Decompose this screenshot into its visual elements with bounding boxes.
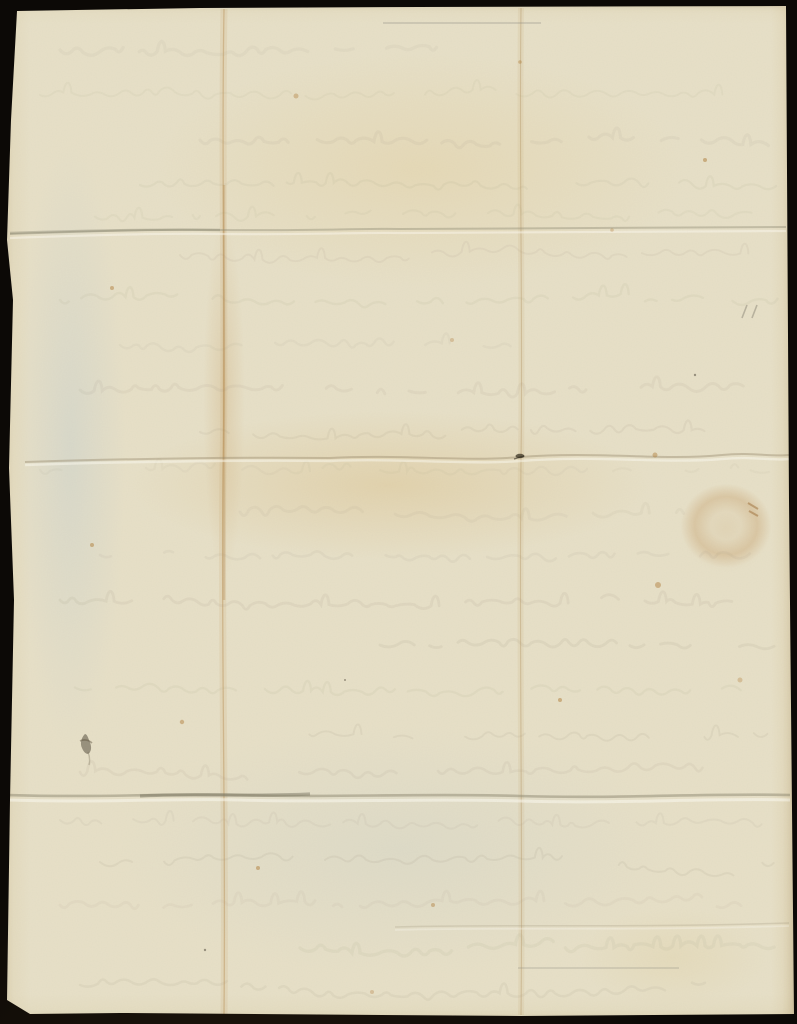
- foxing-dot: [256, 866, 260, 870]
- scan-background: { "document": { "kind": "scanned letter …: [0, 0, 797, 1024]
- bleed-script-line: [309, 724, 767, 740]
- fold-crease-h3-dark: [140, 794, 310, 796]
- bleed-script-line: [75, 681, 741, 696]
- bleed-script-line: [60, 284, 778, 307]
- fold-crease-vertical-mid: [520, 8, 521, 1015]
- fold-crease-h4-highlight: [395, 926, 789, 930]
- fold-crease-h3-shadow: [8, 795, 790, 797]
- bleed-script-line: [40, 80, 722, 99]
- dark-speck: [694, 374, 696, 376]
- bleed-script-line: [60, 891, 741, 909]
- dark-speck: [344, 679, 346, 681]
- bleed-script-line: [100, 848, 774, 876]
- fold-crease-vertical-left-stain: [224, 185, 225, 600]
- fold-crease-h2-shadow: [25, 454, 789, 462]
- foxing-dot: [518, 60, 522, 64]
- fold-crease-h3-highlight: [8, 800, 790, 802]
- foxing-dot: [653, 453, 658, 458]
- cool-tint-left: [0, 60, 235, 920]
- foxing-dot: [655, 582, 661, 588]
- bleed-script-line: [40, 459, 769, 475]
- dark-speck: [204, 949, 206, 951]
- discoloration-top: [80, 20, 760, 320]
- ink-smudge: [80, 734, 92, 765]
- ring-stain: [668, 472, 784, 584]
- bleed-script-line: [95, 205, 767, 222]
- bleed-script-line: [240, 503, 684, 521]
- bleed-script-line: [300, 935, 774, 956]
- bleed-script-line: [60, 41, 437, 55]
- pencil-mark: [742, 305, 757, 318]
- fold-crease-vertical-left: [223, 9, 225, 1015]
- foxing-dot: [180, 720, 184, 724]
- bleed-script-line: [200, 128, 768, 148]
- foxing-dot: [703, 158, 707, 162]
- paper-grain-texture: [0, 0, 797, 1024]
- fold-crease-vertical-left-line: [223, 9, 225, 1015]
- discoloration-fold-band: [40, 385, 740, 585]
- fold-crease-h2-highlight: [25, 458, 789, 465]
- bleed-script-line: [380, 639, 774, 648]
- bleed-script-line: [140, 173, 776, 190]
- foxing-spots: [90, 60, 743, 994]
- fold-crease-h1-dark: [10, 230, 220, 233]
- fold-crease-h1-highlight: [10, 231, 786, 238]
- crease-dark-spot: [516, 454, 525, 458]
- stain-accent-mark: [748, 503, 758, 516]
- foxing-dot: [610, 228, 614, 232]
- foxing-dot: [110, 286, 114, 290]
- letter-page-blank-verso: [0, 0, 797, 1024]
- bleed-script-line: [180, 242, 748, 263]
- foxing-dot: [90, 543, 94, 547]
- scanned-document: [0, 0, 797, 1024]
- cool-tint-bottom: [40, 690, 760, 1010]
- bleed-script-line: [80, 979, 705, 999]
- fold-creases: [8, 8, 790, 1015]
- bleed-script-line: [100, 551, 750, 562]
- foxing-dot: [738, 678, 743, 683]
- fold-crease-h1-shadow: [10, 227, 786, 234]
- bleed-script-line: [120, 334, 511, 352]
- fold-stain-column: [198, 175, 250, 625]
- bleed-script-line: [200, 420, 704, 439]
- foxing-dot: [558, 698, 562, 702]
- fold-crease-h4-faint: [395, 923, 789, 927]
- fold-crease-vertical-mid-line: [520, 8, 521, 1015]
- bleed-script-line: [80, 377, 743, 397]
- paper-marks-overlay: [0, 0, 797, 1024]
- foxing-dot: [370, 990, 374, 994]
- bleed-script-line: [60, 811, 762, 829]
- foxing-dot: [294, 94, 299, 99]
- bleed-script-line: [60, 591, 732, 609]
- foxing-dot: [431, 903, 435, 907]
- handwriting-bleed-through: [40, 41, 778, 999]
- crease-dark-spot-tail: [514, 456, 524, 459]
- foxing-dot: [450, 338, 454, 342]
- discoloration-bottom-right: [555, 895, 790, 1020]
- bleed-script-line: [80, 761, 703, 779]
